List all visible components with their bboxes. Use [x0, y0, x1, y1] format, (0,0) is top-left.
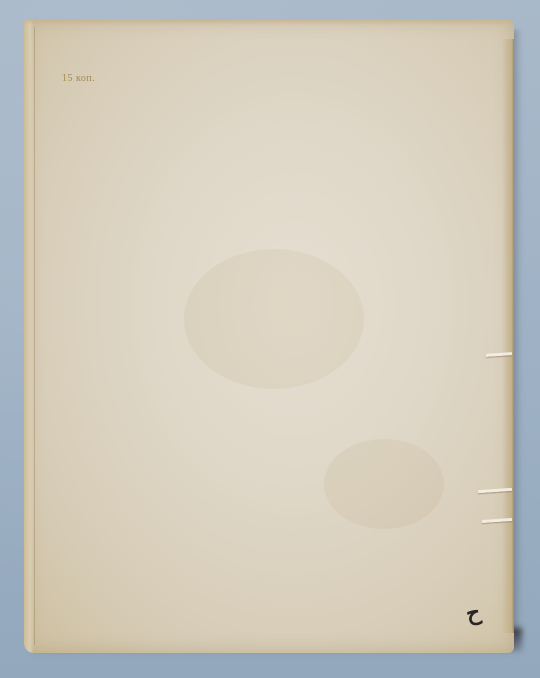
paper-stain — [184, 249, 364, 389]
top-edge-wear — [24, 19, 514, 25]
price-label: 15 коп. — [62, 73, 95, 84]
booklet-back-cover — [24, 19, 514, 653]
paper-stain — [324, 439, 444, 529]
right-edge-wear — [502, 39, 514, 633]
spine-fold — [34, 27, 35, 645]
